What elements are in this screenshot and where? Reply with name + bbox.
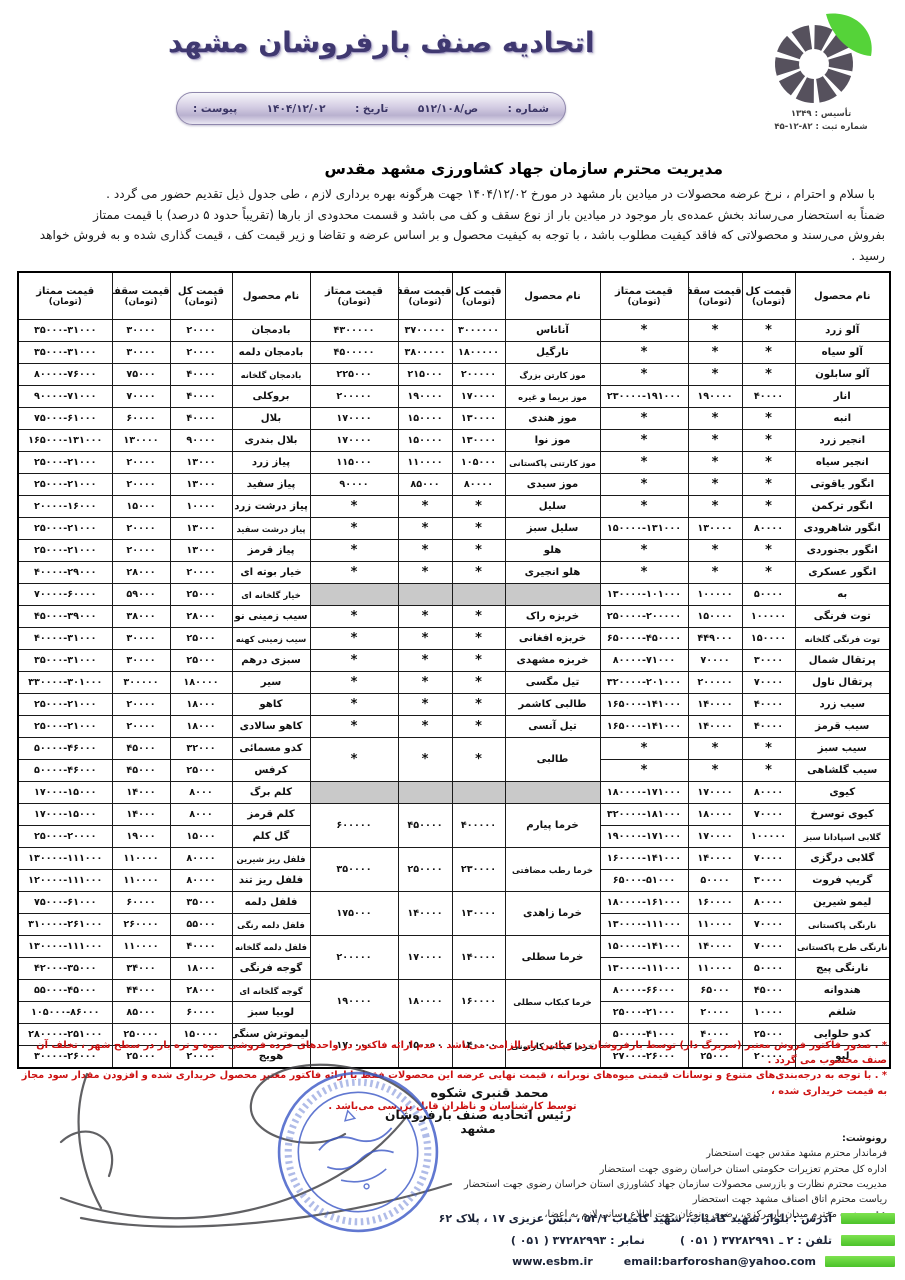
total-price-cell: * — [742, 364, 795, 386]
ceiling-price-cell: ۲۰۰۰۰۰ — [688, 672, 742, 694]
ceiling-price-cell: ۴۵۰۰۰ — [112, 760, 170, 782]
product-name-cell: پیاز درشت سفید — [232, 518, 310, 540]
date-label: تاریخ : — [355, 103, 388, 115]
total-price-cell: ۳۰۰۰۰ — [742, 650, 795, 672]
col-header-premium: قیمت ممتاز(تومان) — [310, 272, 398, 320]
total-price-cell: ۱۸۰۰۰ — [170, 716, 232, 738]
total-price-cell: ۱۸۰۰۰ — [170, 958, 232, 980]
ceiling-price-cell: ۴۵۰۰۰ — [112, 738, 170, 760]
ceiling-price-cell: ۱۸۰۰۰۰ — [688, 804, 742, 826]
empty-price-cell — [398, 782, 452, 804]
ref-number-label: شماره : — [508, 103, 549, 115]
ceiling-price-cell: * — [398, 518, 452, 540]
product-name-cell: سلیل — [505, 496, 600, 518]
product-name-cell: موز نوا — [505, 430, 600, 452]
premium-price-cell: ۷۵۰۰۰-۶۱۰۰۰ — [18, 892, 112, 914]
product-name-cell: کلم برگ — [232, 782, 310, 804]
green-bar-icon — [825, 1256, 895, 1267]
product-name-cell: موز سیدی — [505, 474, 600, 496]
total-price-cell: ۸۰۰۰۰ — [742, 892, 795, 914]
total-price-cell: ۶۰۰۰۰ — [170, 1002, 232, 1024]
ceiling-price-cell: ۳۰۰۰۰ — [112, 628, 170, 650]
premium-price-cell: ۴۳۰۰۰۰۰ — [310, 320, 398, 342]
ceiling-price-cell: ۶۵۰۰۰ — [688, 980, 742, 1002]
product-name-cell: به — [795, 584, 890, 606]
product-name-cell: سیر — [232, 672, 310, 694]
total-price-cell: ۸۰۰۰ — [170, 804, 232, 826]
ceiling-price-cell: ۱۴۰۰۰ — [112, 782, 170, 804]
premium-price-cell: * — [310, 540, 398, 562]
product-name-cell: انار — [795, 386, 890, 408]
ceiling-price-cell: ۲۰۰۰۰ — [112, 518, 170, 540]
total-price-cell: ۱۰۰۰۰۰ — [742, 826, 795, 848]
product-name-cell: بلال — [232, 408, 310, 430]
ceiling-price-cell: * — [398, 628, 452, 650]
premium-price-cell: ۱۱۵۰۰۰ — [310, 452, 398, 474]
copies-item: ریاست محترم اتاق اصناف مشهد جهت استحضار — [464, 1192, 887, 1207]
ceiling-price-cell: * — [398, 562, 452, 584]
premium-price-cell: ۱۳۰۰۰۰-۱۱۱۰۰۰ — [18, 936, 112, 958]
product-name-cell: خربزه راک — [505, 606, 600, 628]
total-price-cell: ۴۰۰۰۰ — [170, 408, 232, 430]
total-price-cell: ۲۵۰۰۰ — [170, 760, 232, 782]
total-price-cell: ۲۰۰۰۰ — [170, 342, 232, 364]
ceiling-price-cell: * — [688, 342, 742, 364]
ceiling-price-cell: ۲۰۰۰۰ — [112, 716, 170, 738]
total-price-cell: * — [452, 738, 505, 782]
total-price-cell: * — [742, 474, 795, 496]
total-price-cell: ۸۰۰۰۰ — [170, 870, 232, 892]
ceiling-price-cell: ۱۱۰۰۰۰ — [688, 958, 742, 980]
product-name-cell: سیب زمینی نو — [232, 606, 310, 628]
contact-web-line: email:barforoshan@yahoo.com www.esbm.ir — [512, 1255, 895, 1268]
ceiling-price-cell: ۱۰۰۰۰۰ — [688, 584, 742, 606]
premium-price-cell: * — [600, 738, 688, 760]
ceiling-price-cell: * — [398, 606, 452, 628]
product-name-cell: سلیل سبز — [505, 518, 600, 540]
total-price-cell: ۴۰۰۰۰ — [742, 386, 795, 408]
empty-price-cell — [310, 782, 398, 804]
ceiling-price-cell: ۴۴۰۰۰ — [112, 980, 170, 1002]
product-name-cell: خیار بوته ای — [232, 562, 310, 584]
product-name-cell: کیوی — [795, 782, 890, 804]
premium-price-cell: ۹۰۰۰۰ — [310, 474, 398, 496]
premium-price-cell: ۵۰۰۰۰-۴۶۰۰۰ — [18, 738, 112, 760]
ceiling-price-cell: * — [688, 496, 742, 518]
email-text: email:barforoshan@yahoo.com — [624, 1255, 816, 1268]
ceiling-price-cell: ۱۵۰۰۰۰ — [398, 430, 452, 452]
premium-price-cell: * — [600, 474, 688, 496]
premium-price-cell: ۷۰۰۰۰-۶۰۰۰۰ — [18, 584, 112, 606]
total-price-cell: ۵۰۰۰۰ — [742, 958, 795, 980]
total-price-cell: ۷۰۰۰۰ — [742, 936, 795, 958]
ceiling-price-cell: ۲۵۰۰۰۰ — [398, 848, 452, 892]
total-price-cell: ۱۷۰۰۰۰ — [452, 386, 505, 408]
ceiling-price-cell: ۳۰۰۰۰ — [112, 342, 170, 364]
total-price-cell: * — [452, 606, 505, 628]
total-price-cell: * — [742, 430, 795, 452]
premium-price-cell: ۱۹۰۰۰۰ — [310, 980, 398, 1024]
contact-address-line: آدرس : بلوار شهید کامیاب، شهید کامیاب ۵۴… — [439, 1212, 895, 1225]
premium-price-cell: ۱۳۰۰۰۰-۱۱۱۰۰۰ — [18, 848, 112, 870]
premium-price-cell: ۱۷۰۰۰۰ — [310, 430, 398, 452]
ceiling-price-cell: ۱۴۰۰۰۰ — [688, 716, 742, 738]
product-name-cell: نارنگی پیج — [795, 958, 890, 980]
ceiling-price-cell: ۱۴۰۰۰۰ — [688, 848, 742, 870]
product-name-cell: کلم قرمز — [232, 804, 310, 826]
premium-price-cell: * — [310, 672, 398, 694]
ceiling-price-cell: ۱۵۰۰۰۰ — [398, 408, 452, 430]
ceiling-price-cell: ۷۰۰۰۰ — [688, 650, 742, 672]
product-name-cell: پرتقال ناول — [795, 672, 890, 694]
premium-price-cell: ۸۰۰۰۰-۷۱۰۰۰ — [600, 650, 688, 672]
ceiling-price-cell: ۳۸۰۰۰۰۰ — [398, 342, 452, 364]
copies-list: رونوشت: فرماندار محترم مشهد مقدس جهت است… — [464, 1131, 887, 1223]
total-price-cell: ۴۰۰۰۰۰ — [452, 804, 505, 848]
product-name-cell: موز کارتنی پاکستانی — [505, 452, 600, 474]
total-price-cell: * — [452, 628, 505, 650]
product-name-cell: خرما رطب مضافتی — [505, 848, 600, 892]
product-name-cell: بروکلی — [232, 386, 310, 408]
product-name-cell: انجیر زرد — [795, 430, 890, 452]
ceiling-price-cell: ۸۵۰۰۰ — [398, 474, 452, 496]
ceiling-price-cell: ۱۴۰۰۰۰ — [688, 694, 742, 716]
total-price-cell: ۴۰۰۰۰ — [742, 716, 795, 738]
ceiling-price-cell: ۳۸۰۰۰ — [112, 606, 170, 628]
premium-price-cell: ۱۶۵۰۰۰-۱۴۱۰۰۰ — [600, 716, 688, 738]
product-name-cell: بادمجان گلخانه — [232, 364, 310, 386]
attachment-label: پیوست : — [193, 103, 237, 115]
ceiling-price-cell: ۲۰۰۰۰ — [112, 694, 170, 716]
ceiling-price-cell: ۲۰۰۰۰ — [112, 452, 170, 474]
empty-price-cell — [452, 584, 505, 606]
ceiling-price-cell: * — [688, 760, 742, 782]
total-price-cell: ۱۸۰۰۰۰ — [170, 672, 232, 694]
ceiling-price-cell: ۴۵۰۰۰۰ — [398, 804, 452, 848]
total-price-cell: ۱۳۰۰۰۰ — [452, 430, 505, 452]
product-name-cell: کدو مسمائی — [232, 738, 310, 760]
total-price-cell: * — [742, 738, 795, 760]
product-name-cell: پیاز زرد — [232, 452, 310, 474]
ceiling-price-cell: * — [688, 562, 742, 584]
green-bar-icon — [841, 1213, 895, 1224]
registration-number: شماره ثبت : ۸۲-۱۲-۴۵ — [748, 121, 894, 134]
total-price-cell: ۱۳۰۰۰ — [170, 474, 232, 496]
total-price-cell: ۷۰۰۰۰ — [742, 848, 795, 870]
product-name-cell: انگور شاهرودی — [795, 518, 890, 540]
premium-price-cell: ۵۵۰۰۰-۴۵۰۰۰ — [18, 980, 112, 1002]
premium-price-cell: ۷۵۰۰۰-۶۱۰۰۰ — [18, 408, 112, 430]
premium-price-cell: * — [600, 408, 688, 430]
premium-price-cell: ۲۵۰۰۰-۲۱۰۰۰ — [18, 716, 112, 738]
premium-price-cell: ۲۵۰۰۰-۲۱۰۰۰ — [18, 518, 112, 540]
premium-price-cell: ۳۵۰۰۰-۳۱۰۰۰ — [18, 650, 112, 672]
product-name-cell: سیب زمینی کهنه — [232, 628, 310, 650]
col-header-product: نام محصول — [505, 272, 600, 320]
product-name-cell: تیل مگسی — [505, 672, 600, 694]
ceiling-price-cell: ۱۹۰۰۰ — [112, 826, 170, 848]
total-price-cell: ۱۳۰۰۰ — [170, 540, 232, 562]
total-price-cell: ۳۵۰۰۰ — [170, 892, 232, 914]
product-name-cell: انگور عسکری — [795, 562, 890, 584]
premium-price-cell: * — [600, 364, 688, 386]
ceiling-price-cell: ۱۱۰۰۰۰ — [112, 870, 170, 892]
total-price-cell: ۴۰۰۰۰ — [170, 364, 232, 386]
green-bar-icon — [841, 1235, 895, 1246]
total-price-cell: ۱۳۰۰۰۰ — [452, 892, 505, 936]
total-price-cell: ۱۵۰۰۰۰ — [742, 628, 795, 650]
body-line: ضمناً به استحضار می‌رساند بخش عمده‌ی بار… — [20, 205, 885, 226]
ceiling-price-cell: * — [688, 320, 742, 342]
ceiling-price-cell: ۱۱۰۰۰۰ — [688, 914, 742, 936]
product-name-cell: بادمجان دلمه — [232, 342, 310, 364]
product-name-cell: گوجه فرنگی — [232, 958, 310, 980]
ceiling-price-cell: * — [398, 496, 452, 518]
total-price-cell: * — [452, 716, 505, 738]
product-name-cell: سبزی درهم — [232, 650, 310, 672]
product-name-cell: انجیر سیاه — [795, 452, 890, 474]
premium-price-cell: ۴۰۰۰۰-۳۱۰۰۰ — [18, 628, 112, 650]
ceiling-price-cell: ۵۰۰۰۰ — [688, 870, 742, 892]
ceiling-price-cell: ۱۵۰۰۰۰ — [688, 606, 742, 628]
product-name-cell: پیاز سفید — [232, 474, 310, 496]
reference-bar: شماره : ۵۱۲/ص/۱۰۸ تاریخ : ۱۴۰۴/۱۲/۰۲ پیو… — [176, 92, 566, 125]
ceiling-price-cell: ۱۱۰۰۰۰ — [112, 936, 170, 958]
premium-price-cell: ۱۷۰۰۰-۱۵۰۰۰ — [18, 782, 112, 804]
total-price-cell: ۲۰۰۰۰ — [170, 562, 232, 584]
product-name-cell: آناناس — [505, 320, 600, 342]
total-price-cell: ۷۰۰۰۰ — [742, 804, 795, 826]
product-name-cell: فلفل ریز شیرین — [232, 848, 310, 870]
product-name-cell: خربزه مشهدی — [505, 650, 600, 672]
ceiling-price-cell: ۷۵۰۰۰ — [112, 364, 170, 386]
product-name-cell: لیمو شیرین — [795, 892, 890, 914]
ceiling-price-cell: ۱۱۰۰۰۰ — [398, 452, 452, 474]
ceiling-price-cell: ۱۱۰۰۰۰ — [112, 848, 170, 870]
col-header-total: قیمت کل(تومان) — [170, 272, 232, 320]
premium-price-cell: ۱۷۵۰۰۰ — [310, 892, 398, 936]
product-name-cell: هندوانه — [795, 980, 890, 1002]
col-header-product: نام محصول — [232, 272, 310, 320]
ceiling-price-cell: ۲۱۵۰۰۰ — [398, 364, 452, 386]
website-text: www.esbm.ir — [512, 1255, 593, 1268]
ceiling-price-cell: * — [688, 738, 742, 760]
established-text: تأسیس : ۱۳۴۹ — [748, 108, 894, 121]
col-header-premium: قیمت ممتاز(تومان) — [18, 272, 112, 320]
signatory-name: محمد قنبری شکوه — [412, 1086, 567, 1101]
premium-price-cell: * — [600, 430, 688, 452]
product-name-cell: کاهو — [232, 694, 310, 716]
empty-name-cell — [505, 782, 600, 804]
col-header-premium: قیمت ممتاز(تومان) — [600, 272, 688, 320]
premium-price-cell: ۱۹۰۰۰۰-۱۷۱۰۰۰ — [600, 826, 688, 848]
col-header-product: نام محصول — [795, 272, 890, 320]
product-name-cell: بلال بندری — [232, 430, 310, 452]
premium-price-cell: ۳۵۰۰۰۰ — [310, 848, 398, 892]
total-price-cell: ۱۰۰۰۰ — [170, 496, 232, 518]
ceiling-price-cell: * — [688, 430, 742, 452]
premium-price-cell: * — [600, 452, 688, 474]
premium-price-cell: ۲۵۰۰۰-۲۱۰۰۰ — [18, 452, 112, 474]
product-name-cell: بادمجان — [232, 320, 310, 342]
ceiling-price-cell: * — [688, 474, 742, 496]
phone-text: تلفن : ۲ ـ ۳۷۲۸۲۹۹۱ ( ۰۵۱ ) — [680, 1234, 832, 1247]
ceiling-price-cell: ۱۸۰۰۰۰ — [398, 980, 452, 1024]
scanned-price-list-document: { "header": { "org_title": "اتحادیه صنف … — [0, 0, 905, 1280]
col-header-ceiling: قیمت سقف(تومان) — [688, 272, 742, 320]
product-name-cell: پیاز قرمز — [232, 540, 310, 562]
col-header-total: قیمت کل(تومان) — [452, 272, 505, 320]
product-name-cell: گلابی اسپادانا سبز — [795, 826, 890, 848]
product-name-cell: موز هندی — [505, 408, 600, 430]
product-name-cell: توت فرنگی گلخانه — [795, 628, 890, 650]
ceiling-price-cell: * — [398, 540, 452, 562]
ceiling-price-cell: * — [688, 452, 742, 474]
premium-price-cell: * — [310, 496, 398, 518]
ceiling-price-cell: ۲۰۰۰۰ — [112, 474, 170, 496]
product-name-cell: گوجه گلخانه ای — [232, 980, 310, 1002]
premium-price-cell: ۲۵۰۰۰-۲۱۰۰۰ — [18, 694, 112, 716]
ceiling-price-cell: ۳۰۰۰۰۰ — [112, 672, 170, 694]
letter-heading: مدیریت محترم سازمان جهاد کشاورزی مشهد مق… — [325, 160, 723, 178]
empty-price-cell — [452, 782, 505, 804]
ceiling-price-cell: ۳۰۰۰۰ — [112, 650, 170, 672]
col-header-ceiling: قیمت سقف(تومان) — [398, 272, 452, 320]
premium-price-cell: * — [310, 606, 398, 628]
ceiling-price-cell: ۲۶۰۰۰۰ — [112, 914, 170, 936]
premium-price-cell: ۱۸۰۰۰۰-۱۷۱۰۰۰ — [600, 782, 688, 804]
premium-price-cell: ۱۸۰۰۰۰-۱۶۱۰۰۰ — [600, 892, 688, 914]
premium-price-cell: ۶۵۰۰۰-۵۱۰۰۰ — [600, 870, 688, 892]
premium-price-cell: ۱۶۵۰۰۰-۱۳۱۰۰۰ — [18, 430, 112, 452]
product-name-cell: نارگیل — [505, 342, 600, 364]
product-name-cell: تیل آنسی — [505, 716, 600, 738]
total-price-cell: ۳۰۰۰۰ — [742, 870, 795, 892]
total-price-cell: ۸۰۰۰۰ — [170, 848, 232, 870]
logo-caption: تأسیس : ۱۳۴۹ شماره ثبت : ۸۲-۱۲-۴۵ — [748, 108, 894, 133]
total-price-cell: ۵۰۰۰۰ — [742, 584, 795, 606]
premium-price-cell: ۱۶۵۰۰۰-۱۴۱۰۰۰ — [600, 694, 688, 716]
ceiling-price-cell: ۲۰۰۰۰ — [112, 540, 170, 562]
product-name-cell: فلفل دلمه — [232, 892, 310, 914]
total-price-cell: ۴۵۰۰۰ — [742, 980, 795, 1002]
premium-price-cell: ۱۲۰۰۰۰-۱۱۱۰۰۰ — [18, 870, 112, 892]
product-name-cell: طالبی کاشمر — [505, 694, 600, 716]
ceiling-price-cell: ۳۴۰۰۰ — [112, 958, 170, 980]
body-line: با سلام و احترام ، نرخ عرضه محصولات در م… — [20, 184, 885, 205]
product-name-cell: گلابی درگزی — [795, 848, 890, 870]
premium-price-cell: ۱۷۰۰۰-۱۵۰۰۰ — [18, 804, 112, 826]
product-name-cell: کرفس — [232, 760, 310, 782]
premium-price-cell: ۱۳۰۰۰۰-۱۱۱۰۰۰ — [600, 914, 688, 936]
ceiling-price-cell: ۳۷۰۰۰۰۰ — [398, 320, 452, 342]
premium-price-cell: ۱۳۰۰۰۰-۱۰۱۰۰۰ — [600, 584, 688, 606]
product-name-cell: سیب گلشاهی — [795, 760, 890, 782]
copies-item: اداره کل محترم تعزیرات حکومتی استان خراس… — [464, 1162, 887, 1177]
total-price-cell: * — [742, 452, 795, 474]
date-value: ۱۴۰۴/۱۲/۰۲ — [267, 103, 326, 115]
premium-price-cell: ۱۷۰۰۰۰ — [310, 408, 398, 430]
premium-price-cell: ۱۵۰۰۰۰-۱۴۱۰۰۰ — [600, 936, 688, 958]
org-title: اتحادیه صنف بارفروشان مشهد — [168, 26, 568, 59]
total-price-cell: ۸۰۰۰ — [170, 782, 232, 804]
total-price-cell: * — [742, 562, 795, 584]
total-price-cell: * — [452, 518, 505, 540]
total-price-cell: ۹۰۰۰۰ — [170, 430, 232, 452]
ceiling-price-cell: ۱۷۰۰۰۰ — [688, 782, 742, 804]
product-name-cell: هلو — [505, 540, 600, 562]
product-name-cell: فلفل دلمه رنگی — [232, 914, 310, 936]
product-name-cell: سیب سبز — [795, 738, 890, 760]
col-header-ceiling: قیمت سقف(تومان) — [112, 272, 170, 320]
premium-price-cell: ۲۵۰۰۰-۲۰۰۰۰ — [18, 826, 112, 848]
total-price-cell: ۸۰۰۰۰ — [452, 474, 505, 496]
product-name-cell: طالبی — [505, 738, 600, 782]
total-price-cell: * — [742, 540, 795, 562]
total-price-cell: ۲۵۰۰۰ — [170, 628, 232, 650]
total-price-cell: * — [742, 408, 795, 430]
product-name-cell: موز کارتن بزرگ — [505, 364, 600, 386]
premium-price-cell: ۸۰۰۰۰-۶۶۰۰۰ — [600, 980, 688, 1002]
ceiling-price-cell: ۴۴۹۰۰۰ — [688, 628, 742, 650]
premium-price-cell: ۲۵۰۰۰-۲۱۰۰۰ — [18, 540, 112, 562]
premium-price-cell: ۸۰۰۰۰-۷۶۰۰۰ — [18, 364, 112, 386]
price-table: نام محصولقیمت کل(تومان)قیمت سقف(تومان)قی… — [17, 271, 891, 1069]
total-price-cell: ۲۵۰۰۰ — [170, 650, 232, 672]
total-price-cell: ۵۵۰۰۰ — [170, 914, 232, 936]
product-name-cell: انگور بجنوردی — [795, 540, 890, 562]
total-price-cell: ۱۵۰۰۰ — [170, 826, 232, 848]
premium-price-cell: ۴۵۰۰۰۰۰ — [310, 342, 398, 364]
premium-price-cell: ۳۲۰۰۰۰-۲۰۱۰۰۰ — [600, 672, 688, 694]
ceiling-price-cell: * — [398, 738, 452, 782]
premium-price-cell: ۳۵۰۰۰-۳۱۰۰۰ — [18, 342, 112, 364]
product-name-cell: خیار گلخانه ای — [232, 584, 310, 606]
total-price-cell: * — [452, 694, 505, 716]
ref-number-value: ۵۱۲/ص/۱۰۸ — [418, 103, 478, 115]
fax-text: نمابر : ۳۷۲۸۲۹۹۳ ( ۰۵۱ ) — [511, 1234, 645, 1247]
premium-price-cell: * — [310, 738, 398, 782]
total-price-cell: ۷۰۰۰۰ — [742, 672, 795, 694]
ceiling-price-cell: ۱۷۰۰۰۰ — [688, 826, 742, 848]
product-name-cell: سیب قرمز — [795, 716, 890, 738]
ceiling-price-cell: ۵۹۰۰۰ — [112, 584, 170, 606]
empty-price-cell — [398, 584, 452, 606]
total-price-cell: ۲۰۰۰۰۰ — [452, 364, 505, 386]
premium-price-cell: ۶۵۰۰۰۰-۴۵۰۰۰۰ — [600, 628, 688, 650]
product-name-cell: توت فرنگی — [795, 606, 890, 628]
ceiling-price-cell: ۱۶۰۰۰۰ — [688, 892, 742, 914]
product-name-cell: نارنگی طرح پاکستانی — [795, 936, 890, 958]
premium-price-cell: ۴۰۰۰۰-۲۹۰۰۰ — [18, 562, 112, 584]
premium-price-cell: ۱۵۰۰۰۰-۱۳۱۰۰۰ — [600, 518, 688, 540]
premium-price-cell: ۲۳۰۰۰۰-۱۹۱۰۰۰ — [600, 386, 688, 408]
premium-price-cell: * — [600, 540, 688, 562]
total-price-cell: * — [742, 320, 795, 342]
premium-price-cell: * — [310, 716, 398, 738]
ceiling-price-cell: ۱۴۰۰۰۰ — [688, 936, 742, 958]
total-price-cell: ۱۰۵۰۰۰ — [452, 452, 505, 474]
total-price-cell: ۴۰۰۰۰ — [742, 694, 795, 716]
premium-price-cell: ۴۲۰۰۰-۳۵۰۰۰ — [18, 958, 112, 980]
product-name-cell: پرتقال شمال — [795, 650, 890, 672]
total-price-cell: ۳۰۰۰۰۰۰ — [452, 320, 505, 342]
product-name-cell: خربزه افغانی — [505, 628, 600, 650]
ceiling-price-cell: ۲۸۰۰۰ — [112, 562, 170, 584]
union-logo-icon — [756, 10, 886, 108]
ceiling-price-cell: * — [688, 364, 742, 386]
total-price-cell: ۱۸۰۰۰۰۰ — [452, 342, 505, 364]
